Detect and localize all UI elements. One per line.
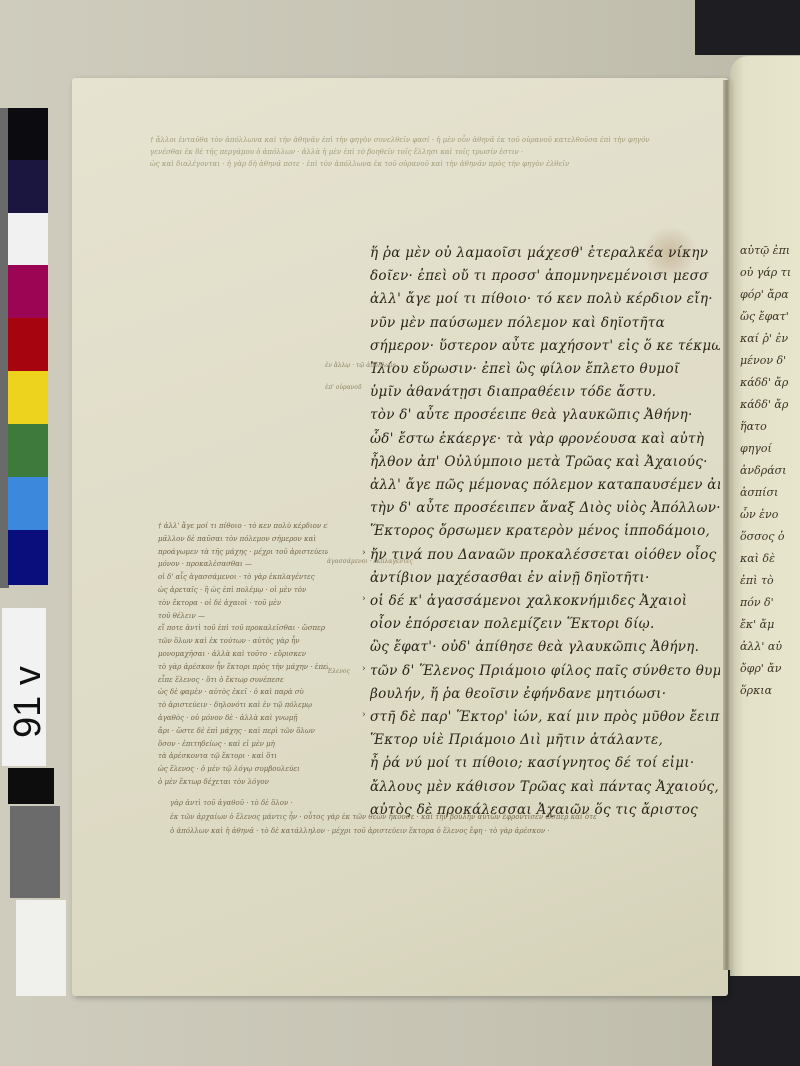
line-marker-icon: › [362,594,366,604]
color-calibration-target [0,108,50,588]
margin-note: ἐπ' οὐρανοῦ [325,384,361,392]
page-gutter [723,80,731,970]
scholia-line: τὸ γὰρ ἀρέσκον ἦν ἕκτορι πρὸς τὴν μάχην … [158,661,328,674]
facing-text-line: κάδδ' ἄρ [740,394,800,416]
facing-text-line: ἀσπίσι [740,482,800,504]
facing-text-line: ἔκ' ἄμ [740,614,800,636]
margin-note: Ἕλενος [326,668,350,676]
left-scholia: † ἀλλ' ἄγε μοί τι πίθοιο · τὸ κεν πολὺ κ… [158,520,328,789]
scholia-line: γενέσθαι ἐκ δὲ τῆς περγάμου ὁ ἀπόλλων · … [150,146,710,158]
scholia-line: μονομαχῆσαι · ἀλλὰ καὶ τοῦτο · εὕρισκεν [158,648,328,661]
scholia-line: ὁ μὲν ἕκτωρ δέχεται τὸν λόγον [158,776,328,789]
text-line: τὴν δ' αὖτε προσέειπεν ἄναξ Διὸς υἱὸς Ἀπ… [370,497,720,520]
scholia-line: ὁ ἀπόλλων καὶ ἡ ἀθηνᾶ · τὸ δὲ κατάλληλον… [170,824,710,838]
top-scholia: † ἄλλοι ἐνταῦθα τὸν ἀπόλλωνα καὶ τὴν ἀθη… [150,134,710,170]
background-black-top [695,0,800,55]
scholia-line: προάγωμεν τὰ τῆς μάχης · μέχρι τοῦ ἀριστ… [158,546,328,559]
swatch-yellow [8,371,48,424]
bottom-scholia: γὰρ ἀντὶ τοῦ ἀγαθοῦ · τὸ δὲ ὅλον ·ἐκ τῶν… [170,796,710,838]
line-marker-icon: › [362,548,366,558]
scholia-line: ὡς καὶ διαλέγονται · ἡ γὰρ δὴ ἀθηνᾶ ποτε… [150,158,710,170]
scholia-line: ὅσον · ἐπιτηδείως · καὶ εἰ μὲν μὴ [158,738,328,751]
text-line: τὸν δ' αὖτε προσέειπε θεὰ γλαυκῶπις Ἀθήν… [370,404,720,427]
margin-note: ἀγασσάμενοι · ἐκπλαγέντες [327,558,413,566]
facing-page-text: αὐτῷ ἐπιοὐ γάρ τιφόρ' ἄραὥς ἔφατ'καί ῥ' … [740,240,800,702]
scholia-line: τοῦ θέλειν — [158,610,328,623]
facing-text-line: κάδδ' ἄρ [740,372,800,394]
swatch-dark-navy [8,160,48,213]
margin-note: ἐν ἄλλῳ · τῷ ἀπόλλωνι [325,362,396,370]
facing-text-line: φηγοί [740,438,800,460]
text-line: οἶον ἐπόρσειαν πολεμίζειν Ἕκτορι δίῳ. [370,613,720,636]
scholia-line: † ἄλλοι ἐνταῦθα τὸν ἀπόλλωνα καὶ τὴν ἀθη… [150,134,710,146]
swatch-black [8,108,48,160]
scholia-line: ἐκ τῶν ἀρχαίων ὁ ἕλενος μάντις ἦν · οὗτο… [170,810,710,824]
facing-text-line: ἀλλ' αὐ [740,636,800,658]
text-line: ὣς ἔφατ'· οὐδ' ἀπίθησε θεὰ γλαυκῶπις Ἀθή… [370,636,720,659]
text-line: Ἕκτορος ὄρσωμεν κρατερὸν μένος ἱπποδάμοι… [370,520,720,543]
facing-text-line: καί ῥ' ἐν [740,328,800,350]
scholia-line: γὰρ ἀντὶ τοῦ ἀγαθοῦ · τὸ δὲ ὅλον · [170,796,710,810]
folio-label: 91 v [2,608,46,766]
scholia-line: † ἀλλ' ἄγε μοί τι πίθοιο · τὸ κεν πολὺ κ… [158,520,328,533]
text-line: ὧδ' ἔστω ἑκάεργε· τὰ γὰρ φρονέουσα καὶ α… [370,428,720,451]
text-line: δοῖεν· ἐπεὶ οὔ τι προσσ' ἀπομνηνεμένοισι… [370,265,720,288]
scholia-line: τὸ ἀριστεύειν · δηλονότι καὶ ἐν τῷ πόλεμ… [158,699,328,712]
folio-label-strip: 91 v [0,600,68,998]
scholia-line: μόνον · προκαλέσασθαι — [158,558,328,571]
scholia-line: οἱ δ' αἷς ἀγασσάμενοι · τὸ γὰρ ἐκπλαγέντ… [158,571,328,584]
scholia-line: τὰ ἀρέσκοντα τῷ ἕκτορι · καὶ ὅτι [158,750,328,763]
scholia-line: ὡς δὲ φαμὲν · αὐτὸς ἐκεῖ · ὁ καὶ παρὰ σὺ [158,686,328,699]
facing-text-line: ἐπὶ τὸ [740,570,800,592]
text-line: οἱ δέ κ' ἀγασσάμενοι χαλκοκνήμιδες Ἀχαιο… [370,590,720,613]
facing-text-line: καὶ δὲ [740,548,800,570]
facing-text-line: οὐ γάρ τι [740,262,800,284]
scholia-line: ἄρι · ὥστε δὲ ἐπὶ μάχης · καὶ περὶ τῶν ὅ… [158,725,328,738]
facing-text-line: ὥς ἔφατ' [740,306,800,328]
text-line: ἀντίβιον μαχέσασθαι ἐν αἰνῇ δηϊοτῆτι· [370,567,720,590]
facing-text-line: μένον δ' [740,350,800,372]
swatch-green [8,424,48,477]
grey-scale-mid [10,806,60,898]
text-line: ὑμῖν ἀθανάτῃσι διαπραθέειν τόδε ἄστυ. [370,381,720,404]
text-line: ἀλλ' ἄγε πῶς μέμονας πόλεμον καταπαυσέμε… [370,474,720,497]
text-line: ἤν τινά που Δαναῶν προκαλέσσεται οἰόθεν … [370,544,720,567]
scholia-line: μᾶλλον δὲ παῦσαι τὸν πόλεμον σήμερον καὶ [158,533,328,546]
facing-text-line: ἥατο [740,416,800,438]
facing-text-line: ὅσσος ὁ [740,526,800,548]
grey-scale-black [8,768,54,804]
text-line: βουλήν, ἥ ῥα θεοῖσιν ἐφήνδανε μητιόωσι· [370,683,720,706]
facing-text-line: ὄφρ' ἄν [740,658,800,680]
facing-text-line: ἀνδράσι [740,460,800,482]
facing-text-line: ὧν ἐνο [740,504,800,526]
scholia-line: εἶπε ἕλενος · ὅτι ὁ ἕκτωρ συνέπεσε [158,674,328,687]
line-marker-icon: › [362,664,366,674]
text-line: Ἰλίου εὕρωσιν· ἐπεὶ ὣς φίλον ἔπλετο θυμο… [370,358,720,381]
swatch-navy [8,530,48,585]
text-line: Ἕκτορ υἱὲ Πριάμοιο Διὶ μῆτιν ἀτάλαντε, [370,729,720,752]
text-line: ἥ ῥα μὲν οὐ λαμαοῖσι μάχεσθ' ἑτεραλκέα ν… [370,242,720,265]
text-line: ἀλλ' ἄγε μοί τι πίθοιο· τό κεν πολὺ κέρδ… [370,288,720,311]
swatch-red [8,318,48,371]
facing-text-line: φόρ' ἄρα [740,284,800,306]
line-marker-icon: › [362,710,366,720]
facing-text-line: πόν δ' [740,592,800,614]
text-line: νῦν μὲν παύσωμεν πόλεμον καὶ δηϊοτῆτα [370,312,720,335]
facing-text-line: αὐτῷ ἐπι [740,240,800,262]
swatch-white [8,213,48,265]
scholia-line: ὡς ἀρεταῖς · ἢ ὡς ἐπὶ πολέμῳ · οἱ μὲν τὸ… [158,584,328,597]
text-line: σήμερον· ὕστερον αὖτε μαχήσοντ' εἰς ὅ κε… [370,335,720,358]
main-text-block: ἥ ῥα μὲν οὐ λαμαοῖσι μάχεσθ' ἑτεραλκέα ν… [370,242,720,822]
scholia-line: τῶν ὅλων καὶ ἐκ τούτων · αὐτὸς γὰρ ἦν [158,635,328,648]
swatch-light-blue [8,477,48,530]
grey-scale-white [16,900,66,996]
scholia-line: ὡς ἕλενος · ὁ μὲν τῷ λόγῳ συμβουλεύει [158,763,328,776]
text-line: στῆ δὲ παρ' Ἕκτορ' ἰών, καί μιν πρὸς μῦθ… [370,706,720,729]
text-line: ἦλθον ἀπ' Οὐλύμποιο μετὰ Τρῶας καὶ Ἀχαιο… [370,451,720,474]
facing-text-line: ὅρκια [740,680,800,702]
folio-number: 91 v [8,658,48,738]
text-line: ἦ ῥά νύ μοί τι πίθοιο; κασίγνητος δέ τοί… [370,752,720,775]
text-line: τῶν δ' Ἕλενος Πριάμοιο φίλος παῖς σύνθετ… [370,660,720,683]
scholia-line: τὸν ἕκτορα · οἱ δὲ ἀχαιοὶ · τοῦ μὲν [158,597,328,610]
scholia-line: ἀγαθὸς · οὐ μόνον δὲ · ἀλλὰ καὶ γνωμῇ [158,712,328,725]
scholia-line: εἴ ποτε ἀντὶ τοῦ ἐπὶ τοῦ προκαλεῖσθαι · … [158,622,328,635]
swatch-magenta [8,265,48,318]
